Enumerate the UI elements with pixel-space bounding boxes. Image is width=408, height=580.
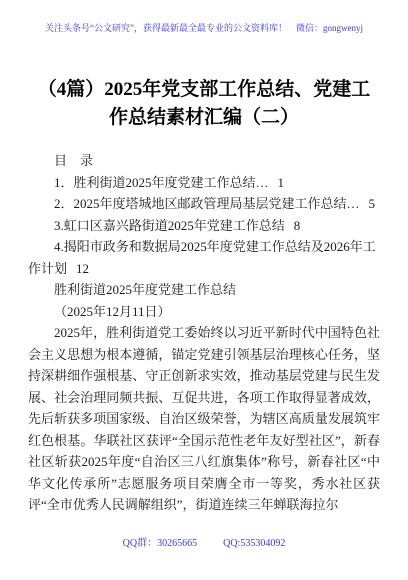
body-paragraph: 2025年，胜利街道党工委始终以习近平新时代中国特色社会主义思想为根本遵循，锚定…	[28, 322, 380, 516]
toc-item-text: 1．胜利街道2025年度党建工作总结…	[54, 175, 269, 190]
toc-item: 4.揭阳市政务和数据局2025年度党建工作总结及2026年工作计划12	[28, 236, 380, 279]
page-title: （4篇）2025年党支部工作总结、党建工作总结素材汇编（二）	[32, 76, 376, 132]
toc-item: 1．胜利街道2025年度党建工作总结…1	[28, 172, 380, 194]
toc-item-text: 2．2025年度塔城地区邮政管理局基层党建工作总结…	[54, 196, 360, 211]
toc-item: 3.虹口区嘉兴路街道2025年党建工作总结8	[28, 215, 380, 237]
document-content: 目 录 1．胜利街道2025年度党建工作总结…1 2．2025年度塔城地区邮政管…	[28, 150, 380, 516]
promo-header: 关注头条号“公文研究”，获得最新最全最专业的公文资料库！ 微信：gongweny…	[28, 22, 380, 34]
qq-number: QQ:535304092	[223, 538, 285, 549]
toc-item-text: 3.虹口区嘉兴路街道2025年党建工作总结	[54, 218, 285, 233]
table-of-contents: 目 录 1．胜利街道2025年度党建工作总结…1 2．2025年度塔城地区邮政管…	[28, 150, 380, 279]
toc-item-page: 12	[76, 261, 89, 276]
section-date: （2025年12月11日）	[28, 301, 380, 323]
toc-item-page: 8	[294, 218, 301, 233]
toc-item-page: 5	[369, 196, 376, 211]
toc-item-page: 1	[278, 175, 285, 190]
section-title: 胜利街道2025年度党建工作总结	[28, 279, 380, 301]
toc-item: 2．2025年度塔城地区邮政管理局基层党建工作总结…5	[28, 193, 380, 215]
promo-footer: QQ群：30265665QQ:535304092	[0, 537, 408, 550]
section-shengli-summary: 胜利街道2025年度党建工作总结 （2025年12月11日） 2025年，胜利街…	[28, 279, 380, 516]
qq-group-number: QQ群：30265665	[123, 538, 197, 549]
toc-heading: 目 录	[28, 150, 380, 172]
document-page: 关注头条号“公文研究”，获得最新最全最专业的公文资料库！ 微信：gongweny…	[0, 0, 408, 580]
